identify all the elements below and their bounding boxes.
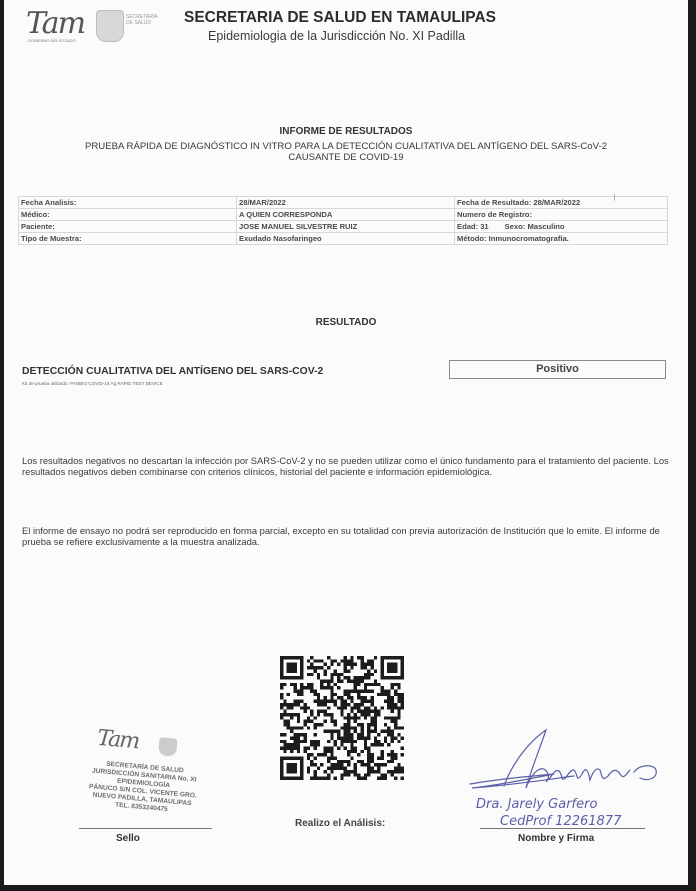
info-right-text: Método: Inmunocromatografía. <box>457 234 569 243</box>
tam-logo-text: Tam <box>26 6 84 41</box>
signature-cedula: CedProf 12261877 <box>500 814 622 829</box>
detection-title: DETECCIÓN CUALITATIVA DEL ANTÍGENO DEL S… <box>22 366 323 377</box>
info-right: Edad: 31Sexo: Masculino <box>455 221 668 233</box>
report-heading: INFORME DE RESULTADOS <box>4 126 688 137</box>
info-value: Exudado Nasofaringeo <box>237 233 455 245</box>
info-row: Tipo de Muestra:Exudado NasofaringeoMéto… <box>19 233 668 245</box>
disclaimer-negative-results: Los resultados negativos no descartan la… <box>22 455 672 477</box>
tam-logo: Tam GOBIERNO DEL ESTADO <box>24 8 94 44</box>
signature-name: Dra. Jarely Garfero <box>476 797 597 812</box>
kit-used: Kit de prueba utilizado: PANBIO COVID-19… <box>22 381 163 386</box>
info-label: Paciente: <box>19 221 237 233</box>
info-right: Fecha de Resultado: 28/MAR/2022 <box>455 197 668 209</box>
patient-info-table: Fecha Analisis:28/MAR/2022Fecha de Resul… <box>18 196 668 245</box>
seal-crest-icon <box>158 737 178 757</box>
info-value: 28/MAR/2022 <box>237 197 455 209</box>
info-value: A QUIEN CORRESPONDA <box>237 209 455 221</box>
info-row: Paciente:JOSE MANUEL SILVESTRE RUIZEdad:… <box>19 221 668 233</box>
test-name-line: CAUSANTE DE COVID-19 <box>4 152 688 163</box>
realizo-label: Realizo el Análisis: <box>295 818 385 829</box>
sello-signature-line <box>79 828 212 829</box>
handwritten-signature: Dra. Jarely Garfero CedProf 12261877 <box>464 728 674 838</box>
document-page: Tam GOBIERNO DEL ESTADO SECRETARÍA DE SA… <box>4 0 688 885</box>
result-value-box: Positivo <box>449 360 666 379</box>
resultado-heading: RESULTADO <box>4 317 688 328</box>
header-title: SECRETARIA DE SALUD EN TAMAULIPAS <box>184 9 496 27</box>
info-right: Método: Inmunocromatografía. <box>455 233 668 245</box>
qr-code[interactable] <box>280 656 404 780</box>
info-right: Numero de Registro: <box>455 209 668 221</box>
sello-label: Sello <box>116 833 140 844</box>
info-right-text: Edad: 31 <box>457 222 489 231</box>
header-subtitle: Epidemiologia de la Jurisdicción No. XI … <box>208 29 465 43</box>
info-row: Médico:A QUIEN CORRESPONDANumero de Regi… <box>19 209 668 221</box>
info-label: Fecha Analisis: <box>19 197 237 209</box>
firma-signature-line <box>480 828 645 829</box>
info-value: JOSE MANUEL SILVESTRE RUIZ <box>237 221 455 233</box>
info-row: Fecha Analisis:28/MAR/2022Fecha de Resul… <box>19 197 668 209</box>
disclaimer-reproduction: El informe de ensayo no podrá ser reprod… <box>22 525 672 547</box>
test-name: PRUEBA RÁPIDA DE DIAGNÓSTICO IN VITRO PA… <box>4 141 688 163</box>
seal-text: SECRETARÍA DE SALUDJURISDICCIÓN SANITARI… <box>61 757 225 819</box>
secretaria-logo-text: SECRETARÍA DE SALUD <box>126 14 158 26</box>
info-label: Tipo de Muestra: <box>19 233 237 245</box>
info-sexo: Sexo: Masculino <box>505 222 565 231</box>
state-crest-icon <box>96 10 124 42</box>
test-name-line: PRUEBA RÁPIDA DE DIAGNÓSTICO IN VITRO PA… <box>4 141 688 152</box>
firma-label: Nombre y Firma <box>518 833 594 844</box>
info-label: Médico: <box>19 209 237 221</box>
official-seal-stamp: Tam SECRETARÍA DE SALUDJURISDICCIÓN SANI… <box>60 723 228 833</box>
info-right-text: Numero de Registro: <box>457 210 532 219</box>
seal-logo-text: Tam <box>96 726 139 754</box>
tam-logo-subtext: GOBIERNO DEL ESTADO <box>28 38 76 43</box>
secretaria-logo-line: DE SALUD <box>126 20 158 26</box>
info-right-text: Fecha de Resultado: 28/MAR/2022 <box>457 198 580 207</box>
